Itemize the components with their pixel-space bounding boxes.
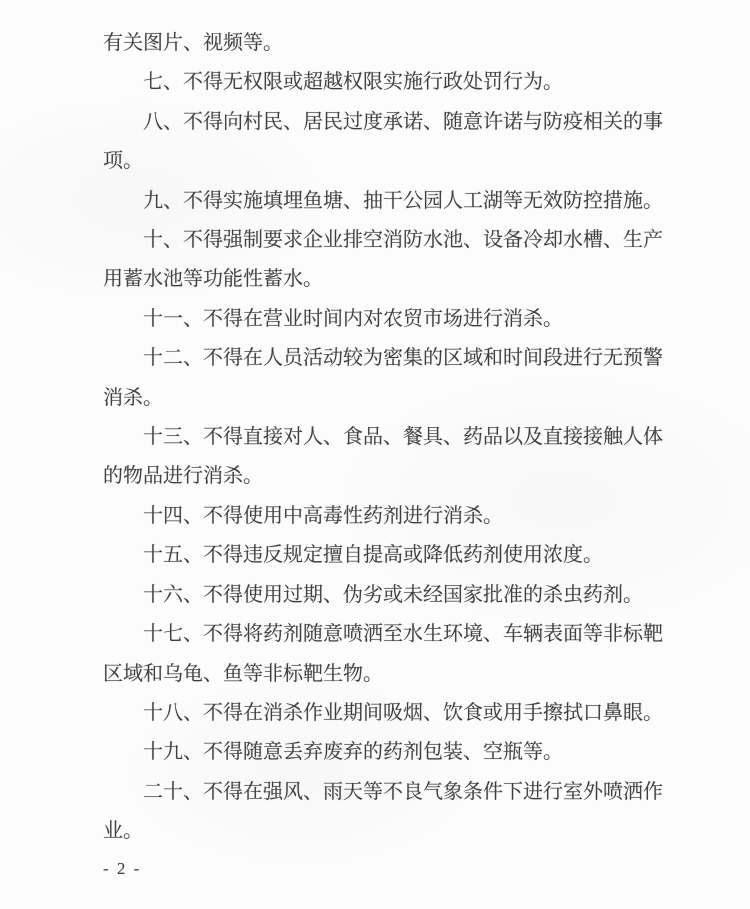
rule-item-7: 七、不得无权限或超越权限实施行政处罚行为。 <box>103 63 663 102</box>
rule-item-16: 十六、不得使用过期、伪劣或未经国家批准的杀虫药剂。 <box>103 576 663 615</box>
rule-item-19: 十九、不得随意丢弃废弃的药剂包装、空瓶等。 <box>103 733 663 772</box>
rule-item-12: 十二、不得在人员活动较为密集的区域和时间段进行无预警消杀。 <box>103 339 663 418</box>
rule-item-20: 二十、不得在强风、雨天等不良气象条件下进行室外喷洒作业。 <box>103 773 663 852</box>
document-body: 有关图片、视频等。 七、不得无权限或超越权限实施行政处罚行为。 八、不得向村民、… <box>0 0 750 852</box>
rule-item-18: 十八、不得在消杀作业期间吸烟、饮食或用手擦拭口鼻眼。 <box>103 694 663 733</box>
rule-item-14: 十四、不得使用中高毒性药剂进行消杀。 <box>103 497 663 536</box>
rule-item-8: 八、不得向村民、居民过度承诺、随意许诺与防疫相关的事项。 <box>103 103 663 182</box>
rule-item-15: 十五、不得违反规定擅自提高或降低药剂使用浓度。 <box>103 536 663 575</box>
rule-item-11: 十一、不得在营业时间内对农贸市场进行消杀。 <box>103 300 663 339</box>
paragraph-continuation: 有关图片、视频等。 <box>103 24 663 63</box>
rule-item-10: 十、不得强制要求企业排空消防水池、设备冷却水槽、生产用蓄水池等功能性蓄水。 <box>103 221 663 300</box>
rule-item-9: 九、不得实施填埋鱼塘、抽干公园人工湖等无效防控措施。 <box>103 182 663 221</box>
scanned-document-page: 有关图片、视频等。 七、不得无权限或超越权限实施行政处罚行为。 八、不得向村民、… <box>0 0 750 909</box>
page-number: - 2 - <box>103 854 750 884</box>
rule-item-17: 十七、不得将药剂随意喷洒至水生环境、车辆表面等非标靶区域和乌龟、鱼等非标靶生物。 <box>103 615 663 694</box>
rule-item-13: 十三、不得直接对人、食品、餐具、药品以及直接接触人体的物品进行消杀。 <box>103 418 663 497</box>
